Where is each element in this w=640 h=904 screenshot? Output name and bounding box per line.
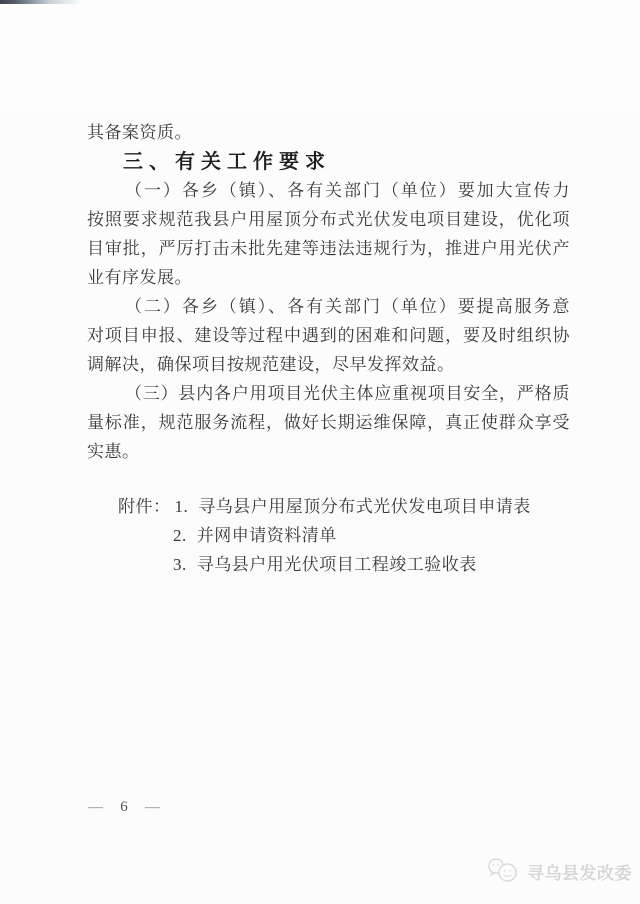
body-line: （一）各乡（镇）、各有关部门（单位）要加大宣传力度， [87,176,570,205]
publisher-watermark: 寻乌县发改委 [486,857,632,885]
body-line: 量标准，规范服务流程，做好长期运维保障，真正使群众享受 [87,408,570,437]
document-body: 其备案资质。 三、有关工作要求 （一）各乡（镇）、各有关部门（单位）要加大宣传力… [87,118,570,466]
page-number: — 6 — [88,796,160,818]
section-heading: 三、有关工作要求 [87,147,570,176]
page-number-dash: — [145,800,160,814]
attachment-title: 寻乌县户用屋顶分布式光伏发电项目申请表 [198,497,531,516]
body-line: 业有序发展。 [87,263,570,292]
body-line: 实惠。 [87,437,570,466]
body-line: （二）各乡（镇）、各有关部门（单位）要提高服务意识， [87,292,570,321]
attachment-number: 1. [175,497,189,516]
body-line: 其备案资质。 [87,118,570,147]
body-line: （三）县内各户用项目光伏主体应重视项目安全，严格质 [87,379,570,408]
attachment-number: 3. [173,555,187,574]
scan-artifact [0,0,82,4]
wechat-bubbles-icon [486,857,520,885]
attachments-list: 附件：1.寻乌县户用屋顶分布式光伏发电项目申请表 2.并网申请资料清单 3.寻乌… [118,492,531,579]
attachment-title: 寻乌县户用光伏项目工程竣工验收表 [197,555,477,574]
document-page: 其备案资质。 三、有关工作要求 （一）各乡（镇）、各有关部门（单位）要加大宣传力… [0,0,640,904]
attachment-item: 2.并网申请资料清单 [118,521,531,550]
attachment-number: 2. [173,526,187,545]
attachment-title: 并网申请资料清单 [197,526,337,545]
body-line: 对项目申报、建设等过程中遇到的困难和问题，要及时组织协 [87,321,570,350]
page-number-value: 6 [120,799,128,816]
body-line: 按照要求规范我县户用屋顶分布式光伏发电项目建设，优化项 [87,205,570,234]
page-number-dash: — [88,800,103,814]
attachments-label: 附件： [118,497,171,516]
body-line: 调解决，确保项目按规范建设，尽早发挥效益。 [87,350,570,379]
body-line: 目审批，严厉打击未批先建等违法违规行为，推进户用光伏产 [87,234,570,263]
attachment-item: 3.寻乌县户用光伏项目工程竣工验收表 [118,550,531,579]
attachment-item: 附件：1.寻乌县户用屋顶分布式光伏发电项目申请表 [118,492,531,521]
publisher-name: 寻乌县发改委 [527,859,632,884]
